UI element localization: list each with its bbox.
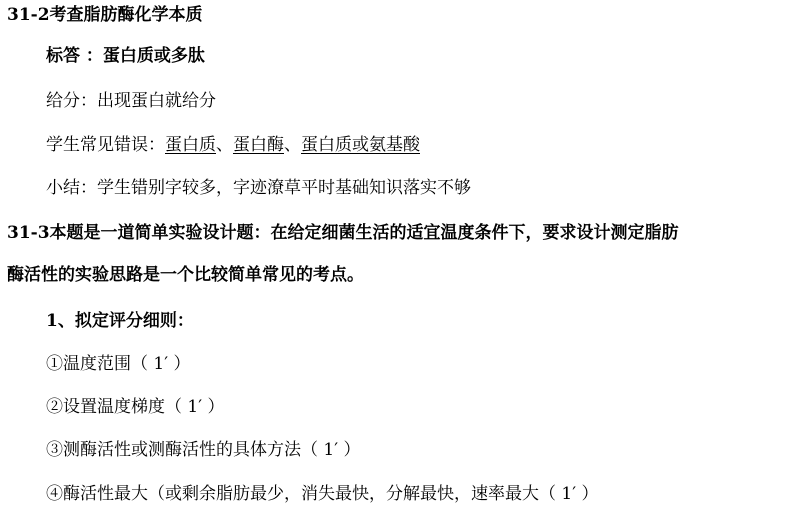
common-errors: 学生常见错误：蛋白质、蛋白酶、蛋白质或氨基酸 bbox=[46, 134, 420, 156]
rule-item-1: ①温度范围（ 1′ ） bbox=[46, 353, 190, 375]
section-31-3-heading-line2: 酶活性的实验思路是一个比较简单常见的考点。 bbox=[7, 264, 364, 286]
rule-item-4: ④酶活性最大（或剩余脂肪最少，消失最快，分解最快，速率最大（ 1′ ） bbox=[46, 483, 598, 505]
separator: 、 bbox=[284, 135, 301, 155]
error-item: 蛋白酶 bbox=[233, 135, 284, 155]
section-31-2-heading: 31-2考查脂肪酶化学本质 bbox=[7, 4, 203, 26]
section-31-3-heading-line1: 31-3本题是一道简单实验设计题：在给定细菌生活的适宜温度条件下，要求设计测定脂… bbox=[7, 222, 679, 244]
rule-item-2: ②设置温度梯度（ 1′ ） bbox=[46, 396, 224, 418]
separator: 、 bbox=[216, 135, 233, 155]
error-item: 蛋白质或氨基酸 bbox=[301, 135, 420, 155]
summary: 小结：学生错别字较多，字迹潦草平时基础知识落实不够 bbox=[46, 177, 471, 199]
error-item: 蛋白质 bbox=[165, 135, 216, 155]
standard-answer: 标答 ：蛋白质或多肽 bbox=[46, 45, 205, 67]
rule-item-3: ③测酶活性或测酶活性的具体方法（ 1′ ） bbox=[46, 439, 360, 461]
rules-title: 1、拟定评分细则： bbox=[46, 310, 194, 332]
common-errors-label: 学生常见错误： bbox=[46, 135, 165, 155]
scoring-rule: 给分：出现蛋白就给分 bbox=[46, 90, 216, 112]
